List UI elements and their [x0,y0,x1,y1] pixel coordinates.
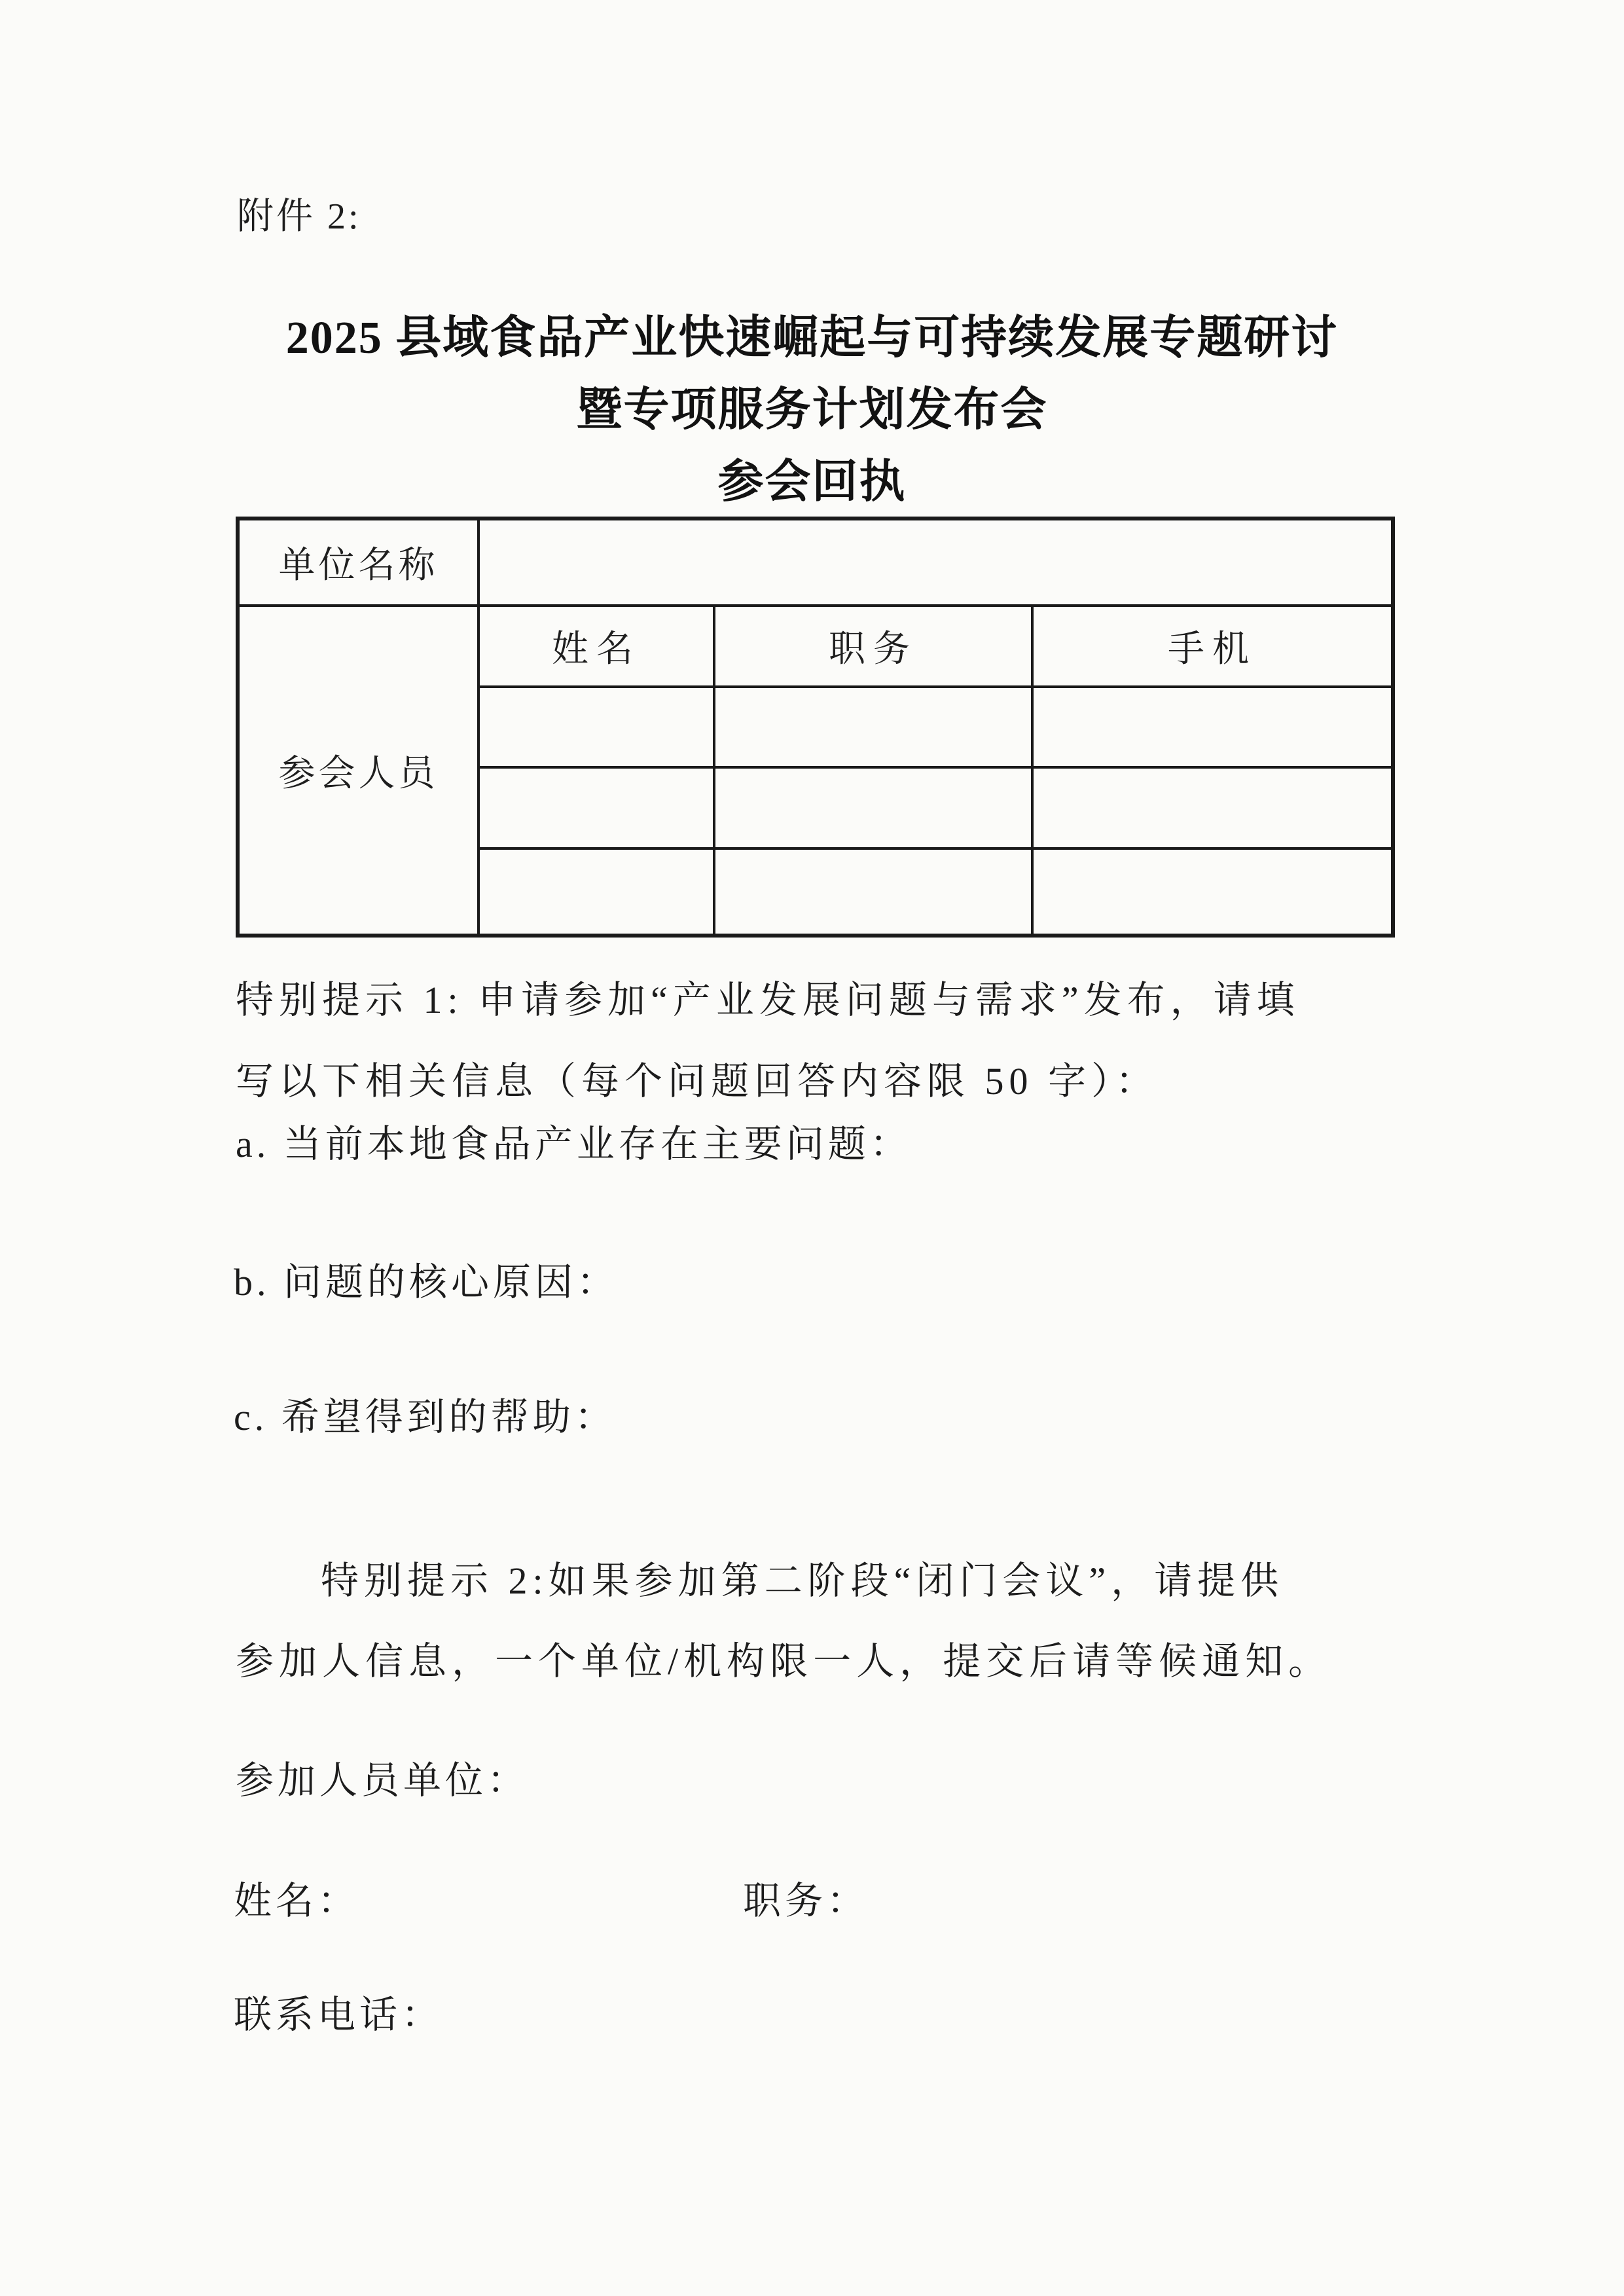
column-header-title: 职务 [714,606,1032,687]
note2-line-1: 特别提示 2:如果参加第二阶段“闭门会议”，请提供 [321,1558,1284,1605]
participant-row1-phone-cell[interactable] [1032,687,1393,767]
participant-row1-title-cell[interactable] [714,687,1032,767]
unit-name-input-cell[interactable] [478,519,1393,606]
question-a-label: a. 当前本地食品产业存在主要问题： [236,1121,912,1169]
participant-row2-phone-cell[interactable] [1032,767,1393,848]
scanned-document-page: 附件 2: 2025 县域食品产业快速崛起与可持续发展专题研讨 暨专项服务计划发… [0,0,1624,2296]
phone-field-label: 联系电话： [234,1992,443,2039]
job-title-field-label: 职务： [743,1878,869,1925]
title-line-2: 暨专项服务计划发布会 [0,374,1624,446]
question-b-label: b. 问题的核心原因： [234,1259,619,1307]
column-header-name: 姓名 [478,606,714,687]
title-line-1: 2025 县域食品产业快速崛起与可持续发展专题研讨 [0,302,1624,374]
participant-row2-name-cell[interactable] [478,767,714,848]
participant-row2-title-cell[interactable] [714,767,1032,848]
participant-row1-name-cell[interactable] [478,687,714,767]
participants-label-cell: 参会人员 [238,606,478,936]
note1-line-1: 特别提示 1: 申请参加“产业发展问题与需求”发布，请填 [236,977,1300,1025]
document-title: 2025 县域食品产业快速崛起与可持续发展专题研讨 暨专项服务计划发布会 参会回… [0,302,1624,519]
note2-line-2: 参加人信息，一个单位/机构限一人，提交后请等候通知。 [236,1638,1331,1686]
participant-row3-phone-cell[interactable] [1032,848,1393,936]
name-field-label: 姓名： [234,1878,359,1925]
title-line-3: 参会回执 [0,446,1624,519]
registration-table: 单位名称 参会人员 姓名 职务 手机 [236,517,1395,938]
column-header-phone: 手机 [1032,606,1393,687]
unit-name-label-cell: 单位名称 [238,519,478,606]
question-c-label: c. 希望得到的帮助： [234,1394,617,1442]
participant-row3-name-cell[interactable] [478,848,714,936]
attachment-label: 附件 2: [237,198,361,235]
note1-line-2: 写以下相关信息（每个问题回答内容限 50 字）： [236,1058,1159,1106]
participant-row3-title-cell[interactable] [714,848,1032,936]
participant-unit-field-label: 参加人员单位： [236,1757,529,1805]
